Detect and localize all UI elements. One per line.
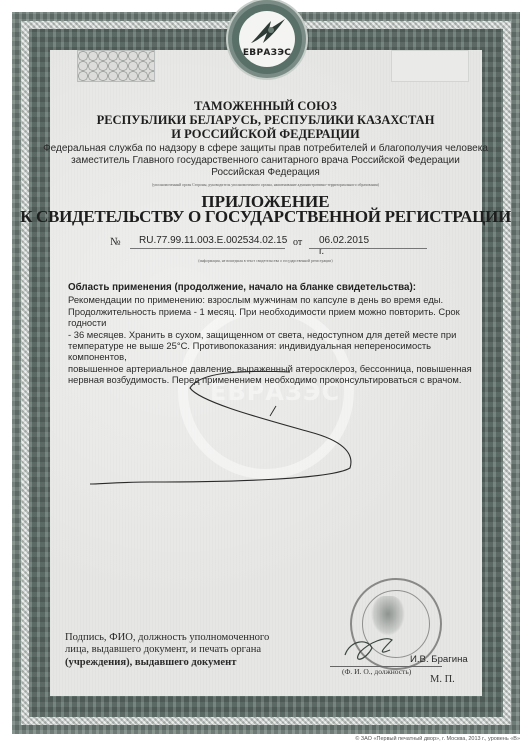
fio-caption: (Ф. И. О., должность) [342, 667, 411, 676]
authority-line-2: заместитель Главного государственного са… [0, 155, 531, 167]
guilloche-pattern-left [77, 50, 155, 82]
signer-name: И.В. Брагина [410, 654, 468, 665]
printer-footer-note: © ЗАО «Первый печатный двор», г. Москва,… [0, 736, 520, 742]
registration-date: 06.02.2015 г. [319, 235, 370, 257]
registration-number: RU.77.99.11.003.Е.002534.02.15 [139, 235, 287, 246]
registration-line: № RU.77.99.11.003.Е.002534.02.15 от 06.0… [110, 236, 370, 250]
date-underline [309, 248, 427, 249]
authority-line-3: Российская Федерация [0, 167, 531, 179]
signature-caption-line-1: Подпись, ФИО, должность уполномоченного [65, 632, 308, 644]
scope-section: Область применения (продолжение, начало … [68, 282, 483, 386]
scope-title: Область применения (продолжение, начало … [68, 282, 483, 293]
guilloche-pattern-right [391, 50, 469, 82]
number-sign-label: № [110, 236, 121, 248]
signature-caption-line-2: лица, выдавшего документ, и печать орган… [65, 644, 308, 656]
eurasec-emblem-icon [249, 17, 287, 47]
registration-caption: (информация, не вошедшая в текст свидете… [0, 259, 531, 263]
double-headed-eagle-icon [371, 596, 405, 636]
header-federation: И РОССИЙСКОЙ ФЕДЕРАЦИИ [0, 127, 531, 141]
document-subtitle: К СВИДЕТЕЛЬСТВУ О ГОСУДАРСТВЕННОЙ РЕГИСТ… [0, 208, 531, 226]
header-union-title: ТАМОЖЕННЫЙ СОЮЗ [0, 99, 531, 113]
authority-line-1: Федеральная служба по надзору в сфере за… [0, 143, 531, 155]
date-label: от [293, 237, 302, 248]
authority-caption: (уполномоченный орган Стороны, руководит… [0, 183, 531, 187]
stamp-place-label: М. П. [430, 674, 455, 685]
eurasec-emblem: ЕВРАЗЭС [232, 4, 302, 74]
header-republics: РЕСПУБЛИКИ БЕЛАРУСЬ, РЕСПУБЛИКИ КАЗАХСТА… [0, 113, 531, 127]
signature-caption-line-3: (учреждения), выдавшего документ [65, 657, 308, 669]
emblem-logo-text: ЕВРАЗЭС [243, 48, 291, 58]
scope-text: Рекомендации по применению: взрослым муж… [68, 294, 483, 385]
signature-caption: Подпись, ФИО, должность уполномоченного … [65, 632, 308, 669]
number-underline [130, 248, 285, 249]
